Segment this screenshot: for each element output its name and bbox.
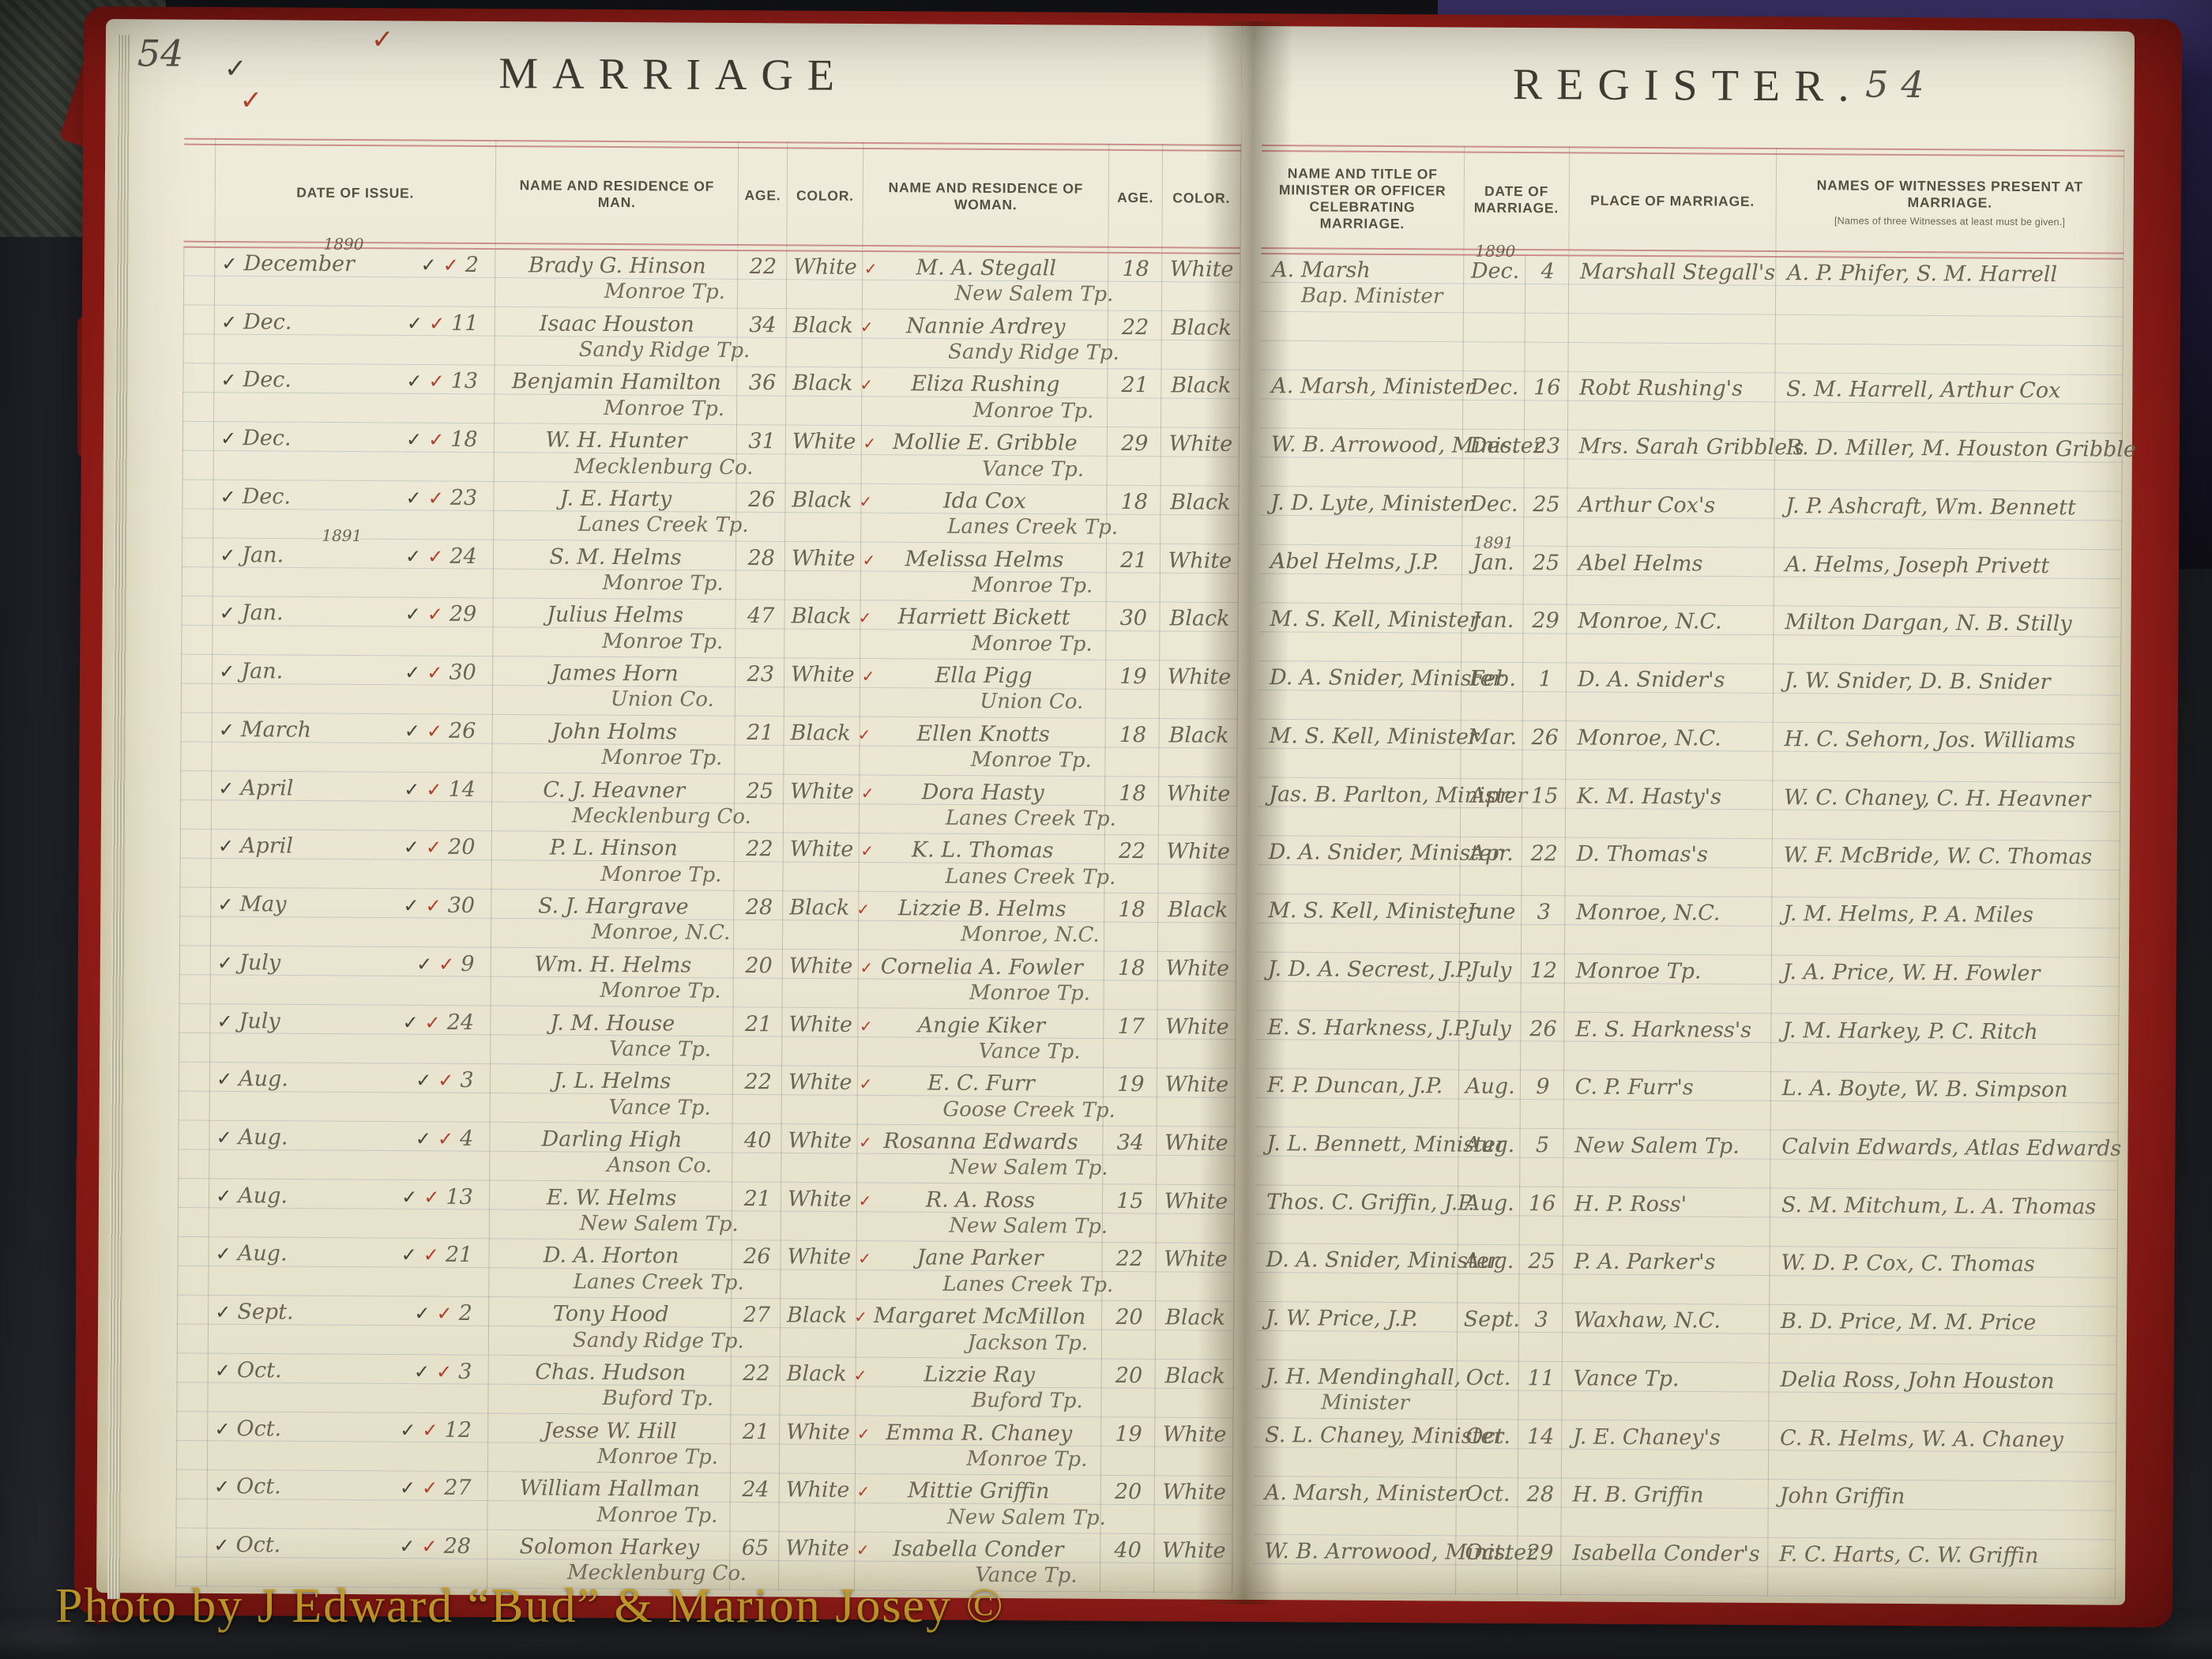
marriage-day-cell <box>1525 314 1569 372</box>
marriage-month-line: Aug. <box>1465 1191 1515 1215</box>
witnesses-cell: W. D. P. Cox, C. Thomas <box>1770 1247 2118 1307</box>
checkmark-icon: ✓ <box>218 835 234 857</box>
man-name: W. H. Hunter <box>500 427 732 453</box>
checkmark-icon: ✓ <box>406 429 422 451</box>
issue-date-cell: ✓July✓✓24 <box>210 1004 491 1064</box>
issue-date-cell: ✓March✓✓26 <box>212 713 492 773</box>
woman-age-cell: 19 <box>1105 660 1160 719</box>
marriage-month: Apr. <box>1470 783 1514 807</box>
man-color: White✓ <box>791 663 856 687</box>
issue-date-line: ✓Aug.✓✓3 <box>216 1066 485 1093</box>
woman-name-cell: Ella PiggUnion Co. <box>860 659 1106 719</box>
man-color-cell: White✓ <box>783 833 860 892</box>
man-name-cell: E. W. HelmsNew Salem Tp. <box>489 1181 732 1241</box>
woman-name-cell: Lizzie B. HelmsMonroe, N.C. <box>859 892 1104 952</box>
woman-name-cell: K. L. ThomasLanes Creek Tp. <box>860 833 1105 893</box>
woman-color-cell: Black <box>1156 1301 1234 1360</box>
marriage-month: Jan. <box>1473 550 1514 574</box>
marriage-month-line: Apr. <box>1466 841 1517 866</box>
marriage-month: Dec. <box>1469 492 1518 517</box>
man-name: E. W. Helms <box>496 1185 728 1211</box>
man-color-cell: White✓ <box>781 1241 857 1300</box>
woman-color: Black <box>1166 607 1232 632</box>
minister-cell: D. A. Snider, Minister <box>1257 836 1460 895</box>
marriage-place: Monroe, N.C. <box>1571 901 1766 927</box>
man-color-cell: Black✓ <box>780 1357 856 1416</box>
witnesses: F. C. Harts, C. W. Griffin <box>1774 1542 2110 1569</box>
woman-color: White <box>1166 664 1232 690</box>
man-age-cell: 28 <box>734 891 783 950</box>
checkmark-icon: ✓ <box>399 1536 415 1558</box>
checkmark-icon: ✓ <box>219 719 235 741</box>
man-age: 47 <box>743 604 780 628</box>
minister-name <box>1267 316 1458 317</box>
marriage-place-cell: Isabella Conder's <box>1561 1537 1769 1597</box>
man-age-cell: 27 <box>732 1299 781 1357</box>
issue-day: 26 <box>449 719 487 743</box>
minister-cell: A. Marsh, Minister <box>1260 370 1463 429</box>
margin-cell <box>182 422 215 480</box>
man-name: Tony Hood <box>495 1301 727 1327</box>
issue-date-cell: ✓May✓✓30 <box>211 888 491 948</box>
marriage-place-cell: Mrs. Sarah Gribble's <box>1567 431 1775 490</box>
issue-month: May <box>239 892 286 916</box>
witnesses: R. D. Miller, M. Houston Gribble <box>1781 435 2117 462</box>
minister-cell: J. W. Price, J.P. <box>1255 1302 1458 1361</box>
woman-color-cell: White <box>1161 427 1239 486</box>
marriage-record-left: ✓Oct.✓✓12Jesse W. HillMonroe Tp.21White✓… <box>176 1412 1233 1477</box>
checkmark-icon: ✓ <box>217 952 233 974</box>
right-rows: A. MarshBap. Minister1890Dec.4Marshall S… <box>1253 254 2124 1599</box>
man-name-cell: Jesse W. HillMonroe Tp. <box>488 1414 732 1474</box>
issue-date-cell: ✓Oct.✓✓12 <box>208 1413 488 1473</box>
woman-color: White <box>1161 1422 1228 1447</box>
marriage-record-right: E. S. Harkness, J.P.July26E. S. Harkness… <box>1256 1011 2119 1074</box>
header-witnesses: NAMES OF WITNESSES PRESENT AT MARRIAGE. … <box>1776 148 2124 258</box>
issue-month: Aug. <box>239 1125 288 1149</box>
woman-name: Mittie Griffin <box>862 1478 1096 1504</box>
man-name-cell: John HolmsMonroe Tp. <box>492 715 735 775</box>
man-name-cell: D. A. HortonLanes Creek Tp. <box>489 1240 732 1300</box>
woman-color: White <box>1161 1538 1227 1563</box>
woman-name-cell: Melissa HelmsMonroe Tp. <box>861 543 1107 603</box>
marriage-day-cell: 29 <box>1523 604 1567 663</box>
marriage-record-left: ✓Oct.✓✓27William HallmanMonroe Tp.24Whit… <box>175 1470 1232 1535</box>
marriage-day: 16 <box>1526 1191 1558 1216</box>
man-color-cell: White✓ <box>781 1124 858 1183</box>
man-color: White✓ <box>788 1187 852 1211</box>
man-name: James Horn <box>499 660 731 687</box>
man-name: S. J. Hargrave <box>498 893 729 920</box>
checkmark-icon: ✓ <box>405 545 421 567</box>
man-color-cell: White✓ <box>782 1008 859 1066</box>
checkmark-icon: ✓ <box>416 953 432 975</box>
witnesses-cell: S. M. Mitchum, L. A. Thomas <box>1770 1189 2119 1249</box>
left-table: DATE OF ISSUE. NAME AND RESIDENCE OF MAN… <box>175 20 1242 1593</box>
checkmark-red-icon: ✓ <box>438 953 454 975</box>
man-name: Isaac Houston <box>501 311 732 337</box>
marriage-month-line: July <box>1465 1016 1516 1040</box>
man-age-cell: 36 <box>737 367 786 425</box>
issue-date-line: ✓Dec.✓✓23 <box>220 484 488 510</box>
marriage-month: June <box>1467 900 1516 924</box>
witnesses: Delia Ross, John Houston <box>1775 1367 2111 1394</box>
man-age: 65 <box>737 1536 774 1560</box>
man-age-cell: 20 <box>734 950 783 1008</box>
marriage-day: 3 <box>1528 900 1559 924</box>
man-color: Black✓ <box>787 1303 852 1328</box>
marriage-record-right: J. D. A. Secrest, J.P.July12Monroe Tp.J.… <box>1257 953 2120 1016</box>
checkmark-icon: ✓ <box>404 837 419 859</box>
checkmark-icon: ✓ <box>220 369 236 391</box>
man-age: 22 <box>745 254 782 279</box>
marriage-month-cell: Feb. <box>1461 663 1523 721</box>
man-color: White✓ <box>788 1070 853 1095</box>
man-age-cell: 24 <box>731 1473 780 1532</box>
man-color: Black✓ <box>793 313 858 337</box>
checkmark-red-icon: ✓ <box>427 720 442 742</box>
marriage-day-cell: 11 <box>1519 1362 1563 1420</box>
man-age: 26 <box>743 487 781 512</box>
woman-color: White <box>1168 257 1235 282</box>
woman-name: Emma R. Chaney <box>862 1420 1096 1446</box>
checkmark-icon: ✓ <box>402 1011 418 1033</box>
man-color: Black✓ <box>789 895 854 920</box>
checkmark-red-icon: ✓ <box>427 604 443 626</box>
marriage-day-cell: 3 <box>1522 896 1565 954</box>
issue-day: 28 <box>444 1534 483 1559</box>
marriage-place: C. P. Furr's <box>1571 1075 1766 1101</box>
issue-day: 3 <box>458 1360 483 1384</box>
header-name-residence-man: NAME AND RESIDENCE OF MAN. <box>495 140 739 249</box>
witnesses: A. Helms, Joseph Privett <box>1781 552 2116 579</box>
marriage-month: Oct. <box>1465 1482 1510 1507</box>
marriage-place: Abel Helms <box>1574 551 1769 577</box>
minister-cell: M. S. Kell, Minister <box>1258 603 1461 662</box>
issue-date-line: ✓July✓✓24 <box>216 1009 485 1035</box>
woman-name: Rosanna Edwards <box>864 1129 1098 1155</box>
marriage-record-left: ✓Aug.✓✓4Darling HighAnson Co.40White✓Ros… <box>178 1121 1235 1186</box>
man-name: D. A. Horton <box>495 1243 727 1270</box>
woman-name: Eliza Rushing <box>869 371 1103 397</box>
marriage-day: 14 <box>1525 1424 1556 1449</box>
woman-color: Black <box>1164 897 1231 923</box>
marriage-day-cell: 25 <box>1519 1246 1563 1304</box>
minister-name: J. L. Bennett, Minister <box>1262 1131 1453 1157</box>
woman-age: 22 <box>1108 1247 1150 1271</box>
minister-name: Thos. C. Griffin, J.P. <box>1262 1190 1453 1215</box>
issue-date-line: ✓Aug.✓✓4 <box>216 1125 485 1151</box>
issue-date-cell: ✓Aug.✓✓13 <box>209 1179 490 1240</box>
issue-date-line: ✓Dec.✓✓13 <box>220 367 489 393</box>
marriage-day: 5 <box>1527 1133 1559 1157</box>
checkmark-icon: ✓ <box>401 1244 417 1266</box>
man-age-cell: 21 <box>735 717 784 775</box>
marriage-day-cell: 1 <box>1523 663 1567 721</box>
issue-day: 2 <box>465 253 490 277</box>
margin-cell <box>179 1063 211 1121</box>
woman-name: Harriett Bickett <box>867 604 1101 630</box>
marriage-record-left: ✓July✓✓24J. M. HouseVance Tp.21White✓Ang… <box>179 1004 1236 1069</box>
woman-name-cell: M. A. StegallNew Salem Tp. <box>863 251 1108 311</box>
witnesses: A. P. Phifer, S. M. Harrell <box>1782 261 2118 288</box>
marriage-record-left: ✓Aug.✓✓13E. W. HelmsNew Salem Tp.21White… <box>178 1179 1235 1243</box>
man-name-cell: Chas. HudsonBuford Tp. <box>488 1356 732 1416</box>
marriage-month-line: Apr. <box>1467 783 1518 807</box>
issue-date-cell: ✓Aug.✓✓21 <box>209 1237 489 1297</box>
woman-name-cell: Rosanna EdwardsNew Salem Tp. <box>857 1125 1103 1185</box>
man-color: White✓ <box>787 1245 852 1270</box>
marriage-place: K. M. Hasty's <box>1572 784 1767 810</box>
man-color-cell: Black✓ <box>784 717 860 775</box>
witnesses-cell: J. P. Ashcraft, Wm. Bennett <box>1774 490 2123 550</box>
marriage-month-line: Aug. <box>1464 1249 1514 1273</box>
checkmark-icon: ✓ <box>213 1534 229 1556</box>
woman-age: 18 <box>1113 490 1155 514</box>
marriage-day-cell: 9 <box>1521 1070 1564 1129</box>
issue-date-line: ✓July✓✓9 <box>217 950 486 976</box>
minister-name: W. B. Arrowood, Minister <box>1266 432 1458 457</box>
issue-day: 18 <box>450 427 489 452</box>
marriage-day-cell: 14 <box>1518 1420 1562 1479</box>
man-name-cell: J. L. HelmsVance Tp. <box>490 1064 733 1124</box>
marriage-place-cell: H. P. Ross' <box>1563 1187 1771 1247</box>
woman-name: Margaret McMillon <box>863 1303 1097 1330</box>
man-name-cell: P. L. HinsonMonroe Tp. <box>491 831 735 891</box>
woman-age: 21 <box>1113 548 1155 573</box>
marriage-record-left: ✓May✓✓30S. J. HargraveMonroe, N.C.28Blac… <box>179 888 1236 953</box>
woman-name-cell: Ida CoxLanes Creek Tp. <box>861 484 1107 544</box>
man-name-cell: Wm. H. HelmsMonroe Tp. <box>491 948 734 1008</box>
man-color-cell: Black✓ <box>784 600 861 659</box>
checkmark-icon: ✓ <box>406 371 422 393</box>
marriage-month-line: Dec. <box>1469 434 1519 458</box>
minister-name: A. Marsh <box>1267 258 1458 283</box>
witnesses-cell: S. M. Harrell, Arthur Cox <box>1775 373 2124 433</box>
marriage-place-cell: New Salem Tp. <box>1563 1129 1771 1188</box>
marriage-month: Apr. <box>1469 841 1514 866</box>
issue-month: Jan. <box>242 601 284 626</box>
checkmark-icon: ✓ <box>404 720 420 742</box>
margin-cell <box>182 305 215 363</box>
marriage-day: 4 <box>1532 259 1563 284</box>
woman-age: 29 <box>1113 431 1155 456</box>
witnesses: John Griffin <box>1775 1484 2111 1510</box>
minister-name: J. D. A. Secrest, J.P. <box>1263 957 1454 982</box>
minister-name: Abel Helms, J.P. <box>1266 549 1457 574</box>
woman-name-cell: Cornelia A. FowlerMonroe Tp. <box>859 950 1104 1010</box>
marriage-month-cell: Aug. <box>1458 1070 1521 1129</box>
issue-month: Dec. <box>243 426 292 450</box>
minister-title: Bap. Minister <box>1281 284 1462 308</box>
man-name-cell: Tony HoodSandy Ridge Tp. <box>489 1297 732 1357</box>
witnesses: W. F. McBride, W. C. Thomas <box>1779 843 2115 870</box>
witnesses-cell: J. W. Snider, D. B. Snider <box>1774 664 2122 724</box>
man-age: 22 <box>741 837 778 861</box>
checkmark-red-icon: ✓ <box>421 1536 437 1558</box>
checkmark-icon: ✓ <box>414 1360 430 1382</box>
marriage-month-line: Feb. <box>1468 667 1518 691</box>
man-age-cell: 25 <box>735 775 784 833</box>
right-page: 54 REGISTER. NAME AND TITLE OF MINISTER … <box>1232 26 2135 1605</box>
checkmark-icon: ✓ <box>416 1070 431 1092</box>
issue-date-cell: ✓April✓✓20 <box>212 829 492 890</box>
marriage-day-cell: 22 <box>1522 837 1566 896</box>
woman-name-cell: Ellen KnottsMonroe Tp. <box>860 717 1106 777</box>
checkmark-icon: ✓ <box>217 893 233 916</box>
margin-cell <box>179 829 212 888</box>
checkmark-icon: ✓ <box>220 544 235 566</box>
man-color: White✓ <box>785 1537 850 1561</box>
minister-name: A. Marsh, Minister <box>1266 374 1458 400</box>
marriage-day: 28 <box>1525 1483 1556 1507</box>
marriage-day-cell: 23 <box>1525 430 1568 488</box>
witnesses-cell: Milton Dargan, N. B. Stilly <box>1774 606 2122 666</box>
issue-date-cell: ✓Dec.✓✓11 <box>215 306 495 366</box>
issue-date-cell: ✓Dec.✓✓18 <box>214 422 495 482</box>
photographer-watermark: Photo by J Edward “Bud” & Marion Josey © <box>55 1578 1005 1635</box>
marriage-month-line: Mar. <box>1467 724 1518 749</box>
man-color: Black✓ <box>791 604 856 629</box>
woman-color: White <box>1163 1130 1229 1156</box>
witnesses: S. M. Mitchum, L. A. Thomas <box>1777 1193 2112 1220</box>
man-color-cell: White✓ <box>779 1474 856 1533</box>
issue-day: 23 <box>450 486 489 510</box>
man-color-cell: White✓ <box>785 542 862 600</box>
marriage-day: 26 <box>1527 1017 1559 1041</box>
marriage-record-left: ✓Dec.✓✓18W. H. HunterMecklenburg Co.31Wh… <box>182 422 1240 487</box>
woman-color: White <box>1161 1480 1228 1506</box>
woman-age-cell: 19 <box>1101 1417 1156 1476</box>
issue-month: Dec. <box>243 310 292 334</box>
woman-name: Jane Parker <box>863 1245 1097 1271</box>
checkmark-icon: ✓ <box>405 487 421 509</box>
marriage-record-right: A. MarshBap. Minister1890Dec.4Marshall S… <box>1261 254 2124 317</box>
marriage-day-cell: 15 <box>1522 780 1566 838</box>
issue-month: Sept. <box>237 1300 293 1324</box>
man-color-cell: Black✓ <box>781 1300 857 1358</box>
man-age-cell: 47 <box>736 600 785 658</box>
man-age-cell: 26 <box>732 1240 781 1299</box>
checkmark-icon: ✓ <box>221 311 237 333</box>
minister-name: Jas. B. Parlton, Minister <box>1264 782 1455 807</box>
marriage-month-cell: Jan. <box>1461 604 1524 663</box>
marriage-record-right: W. B. Arrowood, MinisterDec.23Mrs. Sarah… <box>1260 428 2123 491</box>
margin-cell <box>183 247 216 306</box>
woman-color: White <box>1163 1189 1229 1214</box>
man-age: 28 <box>741 895 778 920</box>
marriage-place-cell: Monroe, N.C. <box>1565 896 1773 955</box>
marriage-place: Monroe Tp. <box>1571 958 1766 984</box>
woman-name: R. A. Ross <box>863 1187 1097 1213</box>
woman-age: 20 <box>1107 1480 1149 1504</box>
woman-color: Black <box>1162 1364 1228 1389</box>
man-name: Julius Helms <box>499 603 731 629</box>
issue-day: 9 <box>461 952 485 976</box>
woman-name-cell: Jane ParkerLanes Creek Tp. <box>857 1241 1103 1301</box>
woman-name: M. A. Stegall <box>869 255 1103 281</box>
issue-date-cell: ✓Jan.✓✓30 <box>213 655 493 715</box>
issue-date-cell: ✓April✓✓14 <box>212 772 492 832</box>
issue-date-line: ✓Sept.✓✓2 <box>215 1300 483 1326</box>
woman-color: Black <box>1165 723 1232 748</box>
marriage-record-left: ✓Oct.✓✓3Chas. HudsonBuford Tp.22Black✓Li… <box>176 1354 1233 1419</box>
marriage-day-cell: 25 <box>1524 488 1567 547</box>
issue-date-line: ✓April✓✓14 <box>218 776 487 802</box>
woman-name-cell: E. C. FurrGoose Creek Tp. <box>858 1066 1104 1127</box>
marriage-place: Vance Tp. <box>1568 1366 1763 1392</box>
marriage-month-cell: 1890Dec. <box>1464 255 1526 314</box>
checkmark-icon: ✓ <box>214 1476 230 1498</box>
marriage-record-left: ✓1891Jan.✓✓24S. M. HelmsMonroe Tp.28Whit… <box>182 538 1239 603</box>
marriage-place: Isabella Conder's <box>1567 1541 1762 1567</box>
marriage-day-cell: 4 <box>1525 255 1569 314</box>
issue-day: 30 <box>448 893 487 918</box>
marriage-record-right: F. P. Duncan, J.P.Aug.9C. P. Furr'sL. A.… <box>1256 1069 2119 1132</box>
man-age-cell: 22 <box>733 1066 782 1124</box>
issue-date-line: ✓May✓✓30 <box>217 892 486 918</box>
page-stack-edge <box>107 35 130 1599</box>
woman-color-cell: Black <box>1161 370 1240 428</box>
marriage-month-cell: June <box>1460 896 1522 954</box>
witnesses: H. C. Sehorn, Jos. Williams <box>1779 727 2115 754</box>
margin-cell <box>177 1296 209 1354</box>
minister-cell: A. MarshBap. Minister <box>1261 254 1464 313</box>
marriage-day-cell: 12 <box>1522 954 1565 1013</box>
witnesses-cell: A. P. Phifer, S. M. Harrell <box>1776 257 2124 317</box>
woman-age: 18 <box>1110 956 1152 980</box>
photo-scene: 54 ✓ ✓ ✓ MARRIAGE DATE OF ISSUE. NAME AN… <box>0 0 2212 1659</box>
woman-color-cell: White <box>1161 544 1239 603</box>
marriage-place: H. B. Griffin <box>1567 1483 1762 1509</box>
marriage-day: 29 <box>1530 609 1562 634</box>
woman-color: Black <box>1162 1305 1228 1330</box>
man-age-cell: 23 <box>735 658 784 717</box>
left-rows: ✓1890December✓✓2Brady G. HinsonMonroe Tp… <box>175 247 1240 1593</box>
minister-name: D. A. Snider, Minister <box>1264 840 1455 865</box>
woman-age-cell: 20 <box>1101 1360 1156 1418</box>
marriage-month-line: Aug. <box>1465 1133 1515 1157</box>
woman-age: 30 <box>1112 606 1154 630</box>
woman-name-cell: Mollie E. GribbleVance Tp. <box>862 426 1108 486</box>
man-name: Jesse W. Hill <box>495 1418 726 1444</box>
minister-cell: S. L. Chaney, Minister <box>1254 1419 1457 1478</box>
marriage-place-cell: Vance Tp. <box>1562 1362 1770 1421</box>
checkmark-icon: ✓ <box>218 777 234 799</box>
marriage-record-right: D. A. Snider, MinisterApr.22D. Thomas'sW… <box>1257 836 2120 899</box>
woman-age-cell: 34 <box>1103 1127 1157 1185</box>
woman-age: 40 <box>1107 1538 1149 1563</box>
issue-date-line: ✓Dec.✓✓18 <box>220 426 489 452</box>
woman-age: 20 <box>1108 1305 1150 1330</box>
issue-month: Jan. <box>242 543 284 567</box>
marriage-day: 9 <box>1527 1074 1559 1099</box>
woman-age: 15 <box>1109 1189 1151 1213</box>
issue-day: 29 <box>450 602 488 626</box>
marriage-place: J. E. Chaney's <box>1568 1424 1763 1450</box>
margin-cell <box>182 538 214 596</box>
woman-color: Black <box>1168 374 1234 399</box>
woman-age-cell: 22 <box>1102 1243 1157 1301</box>
marriage-month-line: Oct. <box>1462 1482 1513 1507</box>
marriage-place: Arthur Cox's <box>1574 492 1769 518</box>
marriage-record-left: ✓April✓✓14C. J. HeavnerMecklenburg Co.25… <box>180 771 1237 836</box>
issue-date-line: ✓Oct.✓✓28 <box>213 1533 482 1559</box>
issue-day: 21 <box>446 1243 484 1267</box>
woman-name-cell: R. A. RossNew Salem Tp. <box>857 1183 1103 1243</box>
marriage-place: Mrs. Sarah Gribble's <box>1574 434 1770 461</box>
marriage-record-right: M. S. Kell, MinisterMar.26Monroe, N.C.H.… <box>1258 720 2120 783</box>
